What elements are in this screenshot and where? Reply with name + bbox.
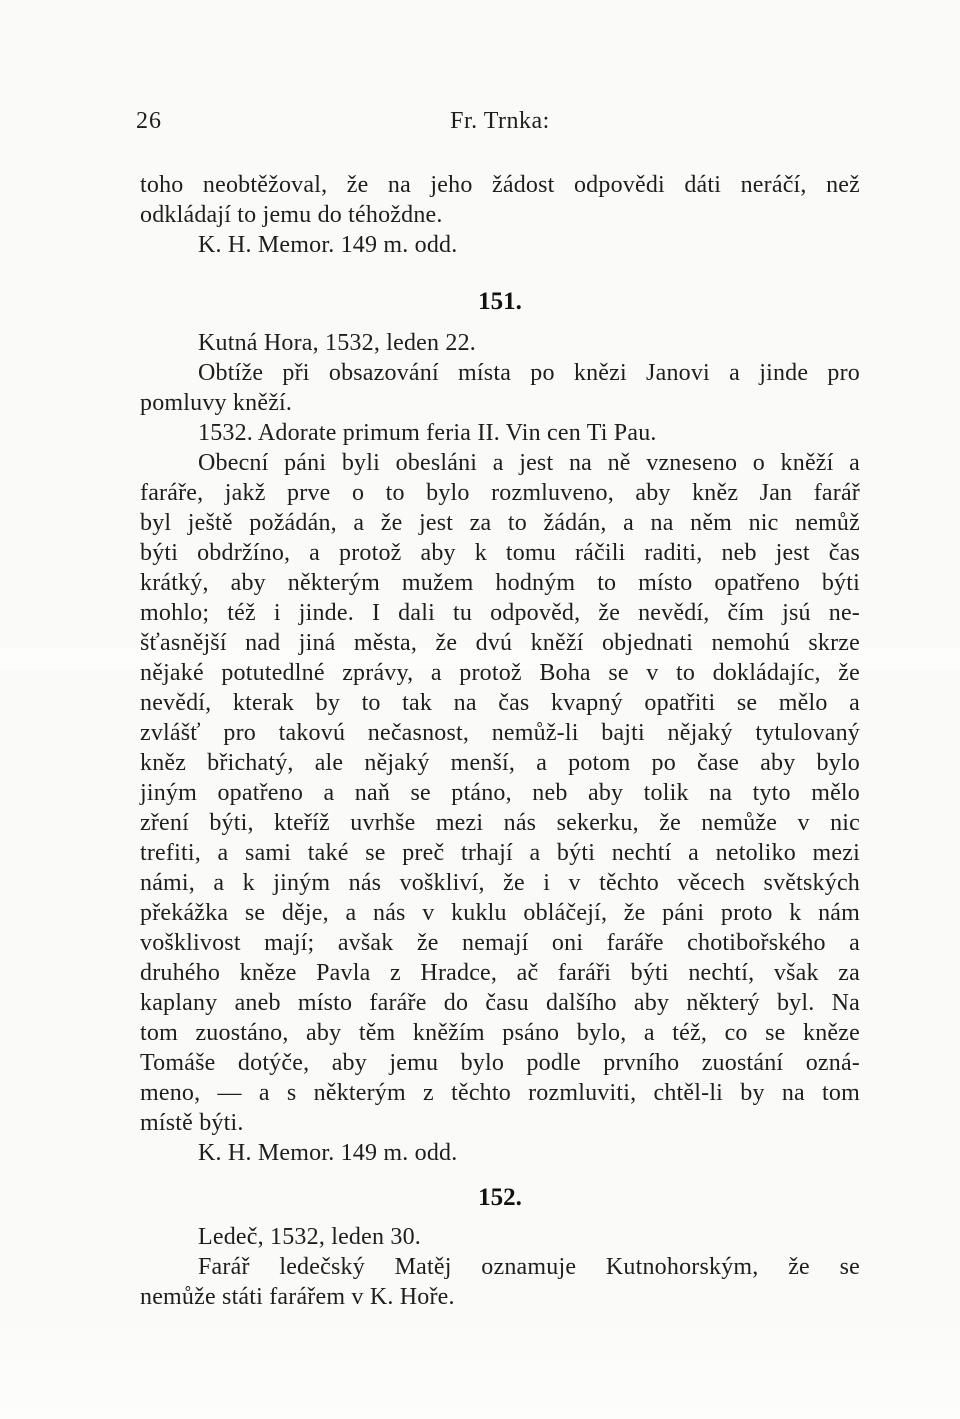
source-citation: K. H. Memor. 149 m. odd. [140, 230, 860, 260]
text-line: nevědí, kterak by to tak na čas kvapný o… [140, 688, 860, 718]
entry-151: 151. Kutná Hora, 1532, leden 22. Obtíže … [140, 286, 860, 1168]
text-line: námi, a k jiným nás voškliví, že i v těc… [140, 868, 860, 898]
text-line: byl ještě požádán, a že jest za to žádán… [140, 508, 860, 538]
text-line: jiným opatřeno a naň se ptáno, neb aby t… [140, 778, 860, 808]
text-line: kněz břichatý, ale nějaký menší, a potom… [140, 748, 860, 778]
entry-dateline: Ledeč, 1532, leden 30. [140, 1222, 860, 1252]
entry-reference: 1532. Adorate primum feria II. Vin cen T… [140, 418, 860, 448]
text-line: tom zuostáno, aby těm kněžím psáno bylo,… [140, 1018, 860, 1048]
text-line: toho neobtěžoval, že na jeho žádost odpo… [140, 170, 860, 200]
text-line: překážka se děje, a nás v kuklu obláčejí… [140, 898, 860, 928]
text-line: faráře, jakž prve o to bylo rozmluveno, … [140, 478, 860, 508]
page-number: 26 [136, 106, 162, 136]
entry-dateline: Kutná Hora, 1532, leden 22. [140, 328, 860, 358]
entry-152: 152. Ledeč, 1532, leden 30. Farář ledečs… [140, 1182, 860, 1312]
entry-summary-line: nemůže státi farářem v K. Hoře. [140, 1282, 860, 1312]
running-head: 26 Fr. Trnka: [140, 106, 860, 136]
text-line: Obecní páni byli obesláni a jest na ně v… [140, 448, 860, 478]
text-line: krátký, aby některým mužem hodným to mís… [140, 568, 860, 598]
scan-artifact-band [0, 1305, 960, 1419]
book-page: 26 Fr. Trnka: toho neobtěžoval, že na je… [140, 106, 860, 1312]
text-line: Tomáše dotýče, aby jemu bylo podle první… [140, 1048, 860, 1078]
entry-summary-line: pomluvy kněží. [140, 388, 860, 418]
entry-number: 152. [140, 1182, 860, 1214]
entry-summary-line: Farář ledečský Matěj oznamuje Kutnohorsk… [140, 1252, 860, 1282]
source-citation: K. H. Memor. 149 m. odd. [140, 1138, 860, 1168]
text-line: býti obdržíno, a protož aby k tomu ráčil… [140, 538, 860, 568]
text-line: meno, — a s některým z těchto rozmluviti… [140, 1078, 860, 1108]
text-line: zření býti, kteříž uvrhše mezi nás seker… [140, 808, 860, 838]
text-line: šťasnější nad jiná města, že dvú kněží o… [140, 628, 860, 658]
running-header-title: Fr. Trnka: [140, 106, 860, 136]
text-line: zvlášť pro takovú nečasnost, nemůž-li ba… [140, 718, 860, 748]
text-line: místě býti. [140, 1108, 860, 1138]
entry-summary-line: Obtíže při obsazování místa po knězi Jan… [140, 358, 860, 388]
text-line: trefiti, a sami také se preč trhají a bý… [140, 838, 860, 868]
text-line: vošklivost mají; avšak že nemají oni far… [140, 928, 860, 958]
text-line: mohlo; též i jinde. I dali tu odpověd, ž… [140, 598, 860, 628]
text-line: odkládají to jemu do téhoždne. [140, 200, 860, 230]
text-line: nějaké potutedlné zprávy, a protož Boha … [140, 658, 860, 688]
entry-number: 151. [140, 286, 860, 318]
text-line: druhého kněze Pavla z Hradce, ač faráři … [140, 958, 860, 988]
text-line: kaplany aneb místo faráře do času dalšíh… [140, 988, 860, 1018]
paragraph-continuation: toho neobtěžoval, že na jeho žádost odpo… [140, 170, 860, 260]
